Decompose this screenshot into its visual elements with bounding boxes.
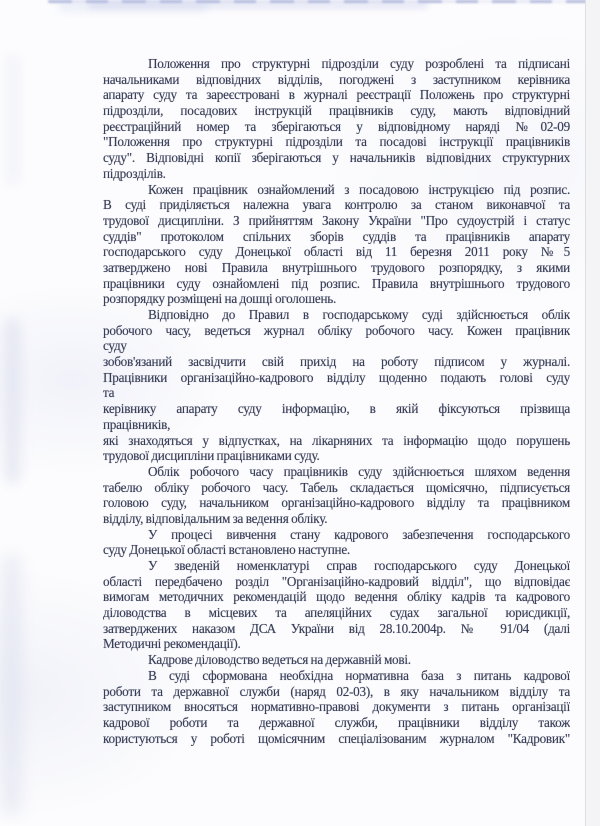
page-edge-shadow: [586, 0, 600, 826]
text-line: працівники суду ознайомлені під розпис. …: [103, 276, 570, 292]
paragraph: Положення про структурні підрозділи суду…: [103, 56, 570, 182]
text-line: начальниками відповідних відділів, погод…: [103, 72, 570, 88]
text-line: затверджених наказом ДСА України від 28.…: [103, 621, 570, 637]
text-line: трудової дисципліни. З прийняттям Закону…: [103, 213, 570, 229]
text-line: Облік робочого часу працівників суду зді…: [103, 464, 570, 480]
text-line: суддів" протоколом спільних зборів судді…: [103, 229, 570, 245]
page-edge-line: [585, 0, 586, 826]
text-line: Положення про структурні підрозділи суду…: [103, 56, 570, 72]
text-line: В суді приділяється належна увага контро…: [103, 197, 570, 213]
text-line: вимогам методичних рекомендацій щодо вед…: [103, 589, 570, 605]
text-line: діловодства в місцевих та апеляційних су…: [103, 605, 570, 621]
text-line: які знаходяться у відпустках, на лікарня…: [103, 433, 570, 449]
text-line: господарського суду Донецької області ві…: [103, 244, 570, 260]
text-line: працівників,: [103, 417, 570, 433]
text-line: У процесі вивчення стану кадрового забез…: [103, 527, 570, 543]
scan-artifact-left-smudge: [5, 318, 20, 483]
text-line: затверджено нові Правила внутрішнього тр…: [103, 260, 570, 276]
text-line: Кожен працівник ознайомлений з посадовою…: [103, 182, 570, 198]
text-line: "Положення про структурні підрозділи та …: [103, 134, 570, 150]
text-line: Відповідно до Правил в господарському су…: [103, 307, 570, 323]
text-line: Методичні рекомендації).: [103, 636, 570, 652]
paragraph: Облік робочого часу працівників суду зді…: [103, 464, 570, 527]
text-line: відділу, відповідальним за ведення облік…: [103, 511, 570, 527]
text-line: робочого часу, ведеться журнал обліку ро…: [103, 323, 570, 339]
text-line: заступником вносяться нормативно-правові…: [103, 699, 570, 715]
text-line: апарату суду та зареєстровані в журналі …: [103, 87, 570, 103]
text-line: зобов'язаний засвідчити свій прихід на р…: [103, 354, 570, 370]
text-line: розпорядку розміщені на дошці оголошень.: [103, 291, 570, 307]
text-line: В суді сформована необхідна нормативна б…: [103, 668, 570, 684]
scan-artifact-left-smudge: [8, 55, 18, 185]
text-line: підрозділи, посадових інструкцій працівн…: [103, 103, 570, 119]
text-line: Кадрове діловодство ведеться на державні…: [103, 652, 570, 668]
text-line: області передбачено розділ "Організаційн…: [103, 574, 570, 590]
text-line: суду: [103, 338, 570, 354]
paragraph: Кожен працівник ознайомлений з посадовою…: [103, 182, 570, 308]
text-line: суду". Відповідні копії зберігаються у н…: [103, 150, 570, 166]
text-line: користуються у роботі щомісячним спеціал…: [103, 731, 570, 747]
text-line: та: [103, 385, 570, 401]
scan-artifact-left-smudge: [3, 555, 20, 815]
scan-artifact-top-left-smudge: [58, 0, 208, 12]
document-text: Положення про структурні підрозділи суду…: [103, 56, 570, 746]
paragraph: В суді сформована необхідна нормативна б…: [103, 668, 570, 746]
text-line: табелю обліку робочого часу. Табель скла…: [103, 480, 570, 496]
text-line: трудової дисципліни працівниками суду.: [103, 448, 570, 464]
text-line: У зведеній номенклатурі справ господарсь…: [103, 558, 570, 574]
text-line: суду Донецької області встановлено насту…: [103, 542, 570, 558]
text-line: головою суду, начальником організаційно-…: [103, 495, 570, 511]
paragraph: У процесі вивчення стану кадрового забез…: [103, 527, 570, 558]
paragraph: У зведеній номенклатурі справ господарсь…: [103, 558, 570, 652]
text-line: реєстраційний номер та зберігаються у ві…: [103, 119, 570, 135]
text-line: підрозділів.: [103, 166, 570, 182]
text-line: Працівники організаційно-кадрового відді…: [103, 370, 570, 386]
scanned-document-page: Положення про структурні підрозділи суду…: [0, 0, 600, 826]
paragraph: Кадрове діловодство ведеться на державні…: [103, 652, 570, 668]
text-line: керівнику апарату суду інформацію, в які…: [103, 401, 570, 417]
text-line: роботи та державної служби (наряд 02-03)…: [103, 684, 570, 700]
paragraph: Відповідно до Правил в господарському су…: [103, 307, 570, 464]
text-line: кадрової роботи та державної служби, пра…: [103, 715, 570, 731]
